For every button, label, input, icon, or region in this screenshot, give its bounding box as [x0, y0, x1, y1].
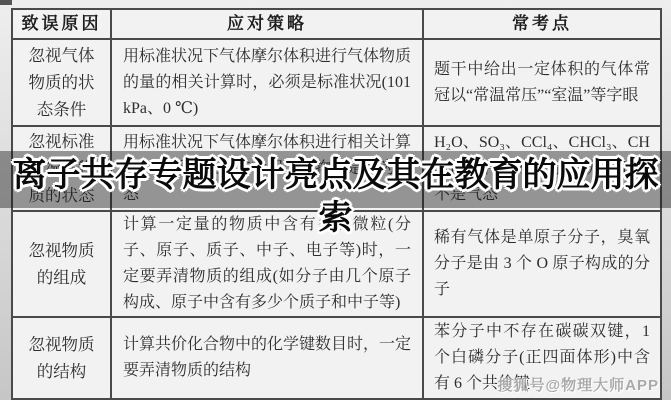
strategy-cell: 计算共价化合物中的化学键数目时，一定要弄清物质的结构: [111, 317, 423, 399]
header-strategy: 应对策略: [111, 9, 423, 39]
banner-title: 离子共存专题设计亮点及其在教育的应用探索: [0, 154, 671, 240]
cause-cell: 忽视气体物质的状态条件: [12, 39, 111, 126]
header-points: 常考点: [423, 9, 661, 39]
table-row: 忽视气体物质的状态条件 用标准状况下气体摩尔体积进行气体物质的量的相关计算时，必…: [12, 39, 661, 126]
page: 致误原因 应对策略 常考点 忽视气体物质的状态条件 用标准状况下气体摩尔体积进行…: [0, 0, 671, 400]
sohu-watermark: 搜狐号@物理大师APP: [498, 374, 659, 395]
header-cause: 致误原因: [12, 9, 111, 39]
scan-artifact: [0, 0, 12, 5]
strategy-cell: 用标准状况下气体摩尔体积进行气体物质的量的相关计算时，必须是标准状况(101 k…: [111, 39, 423, 126]
point-cell: 题干中给出一定体积的气体常冠以“常温常压”“室温”等字眼: [423, 39, 661, 126]
table-header-row: 致误原因 应对策略 常考点: [12, 9, 661, 39]
cause-cell: 忽视物质的结构: [12, 317, 111, 399]
